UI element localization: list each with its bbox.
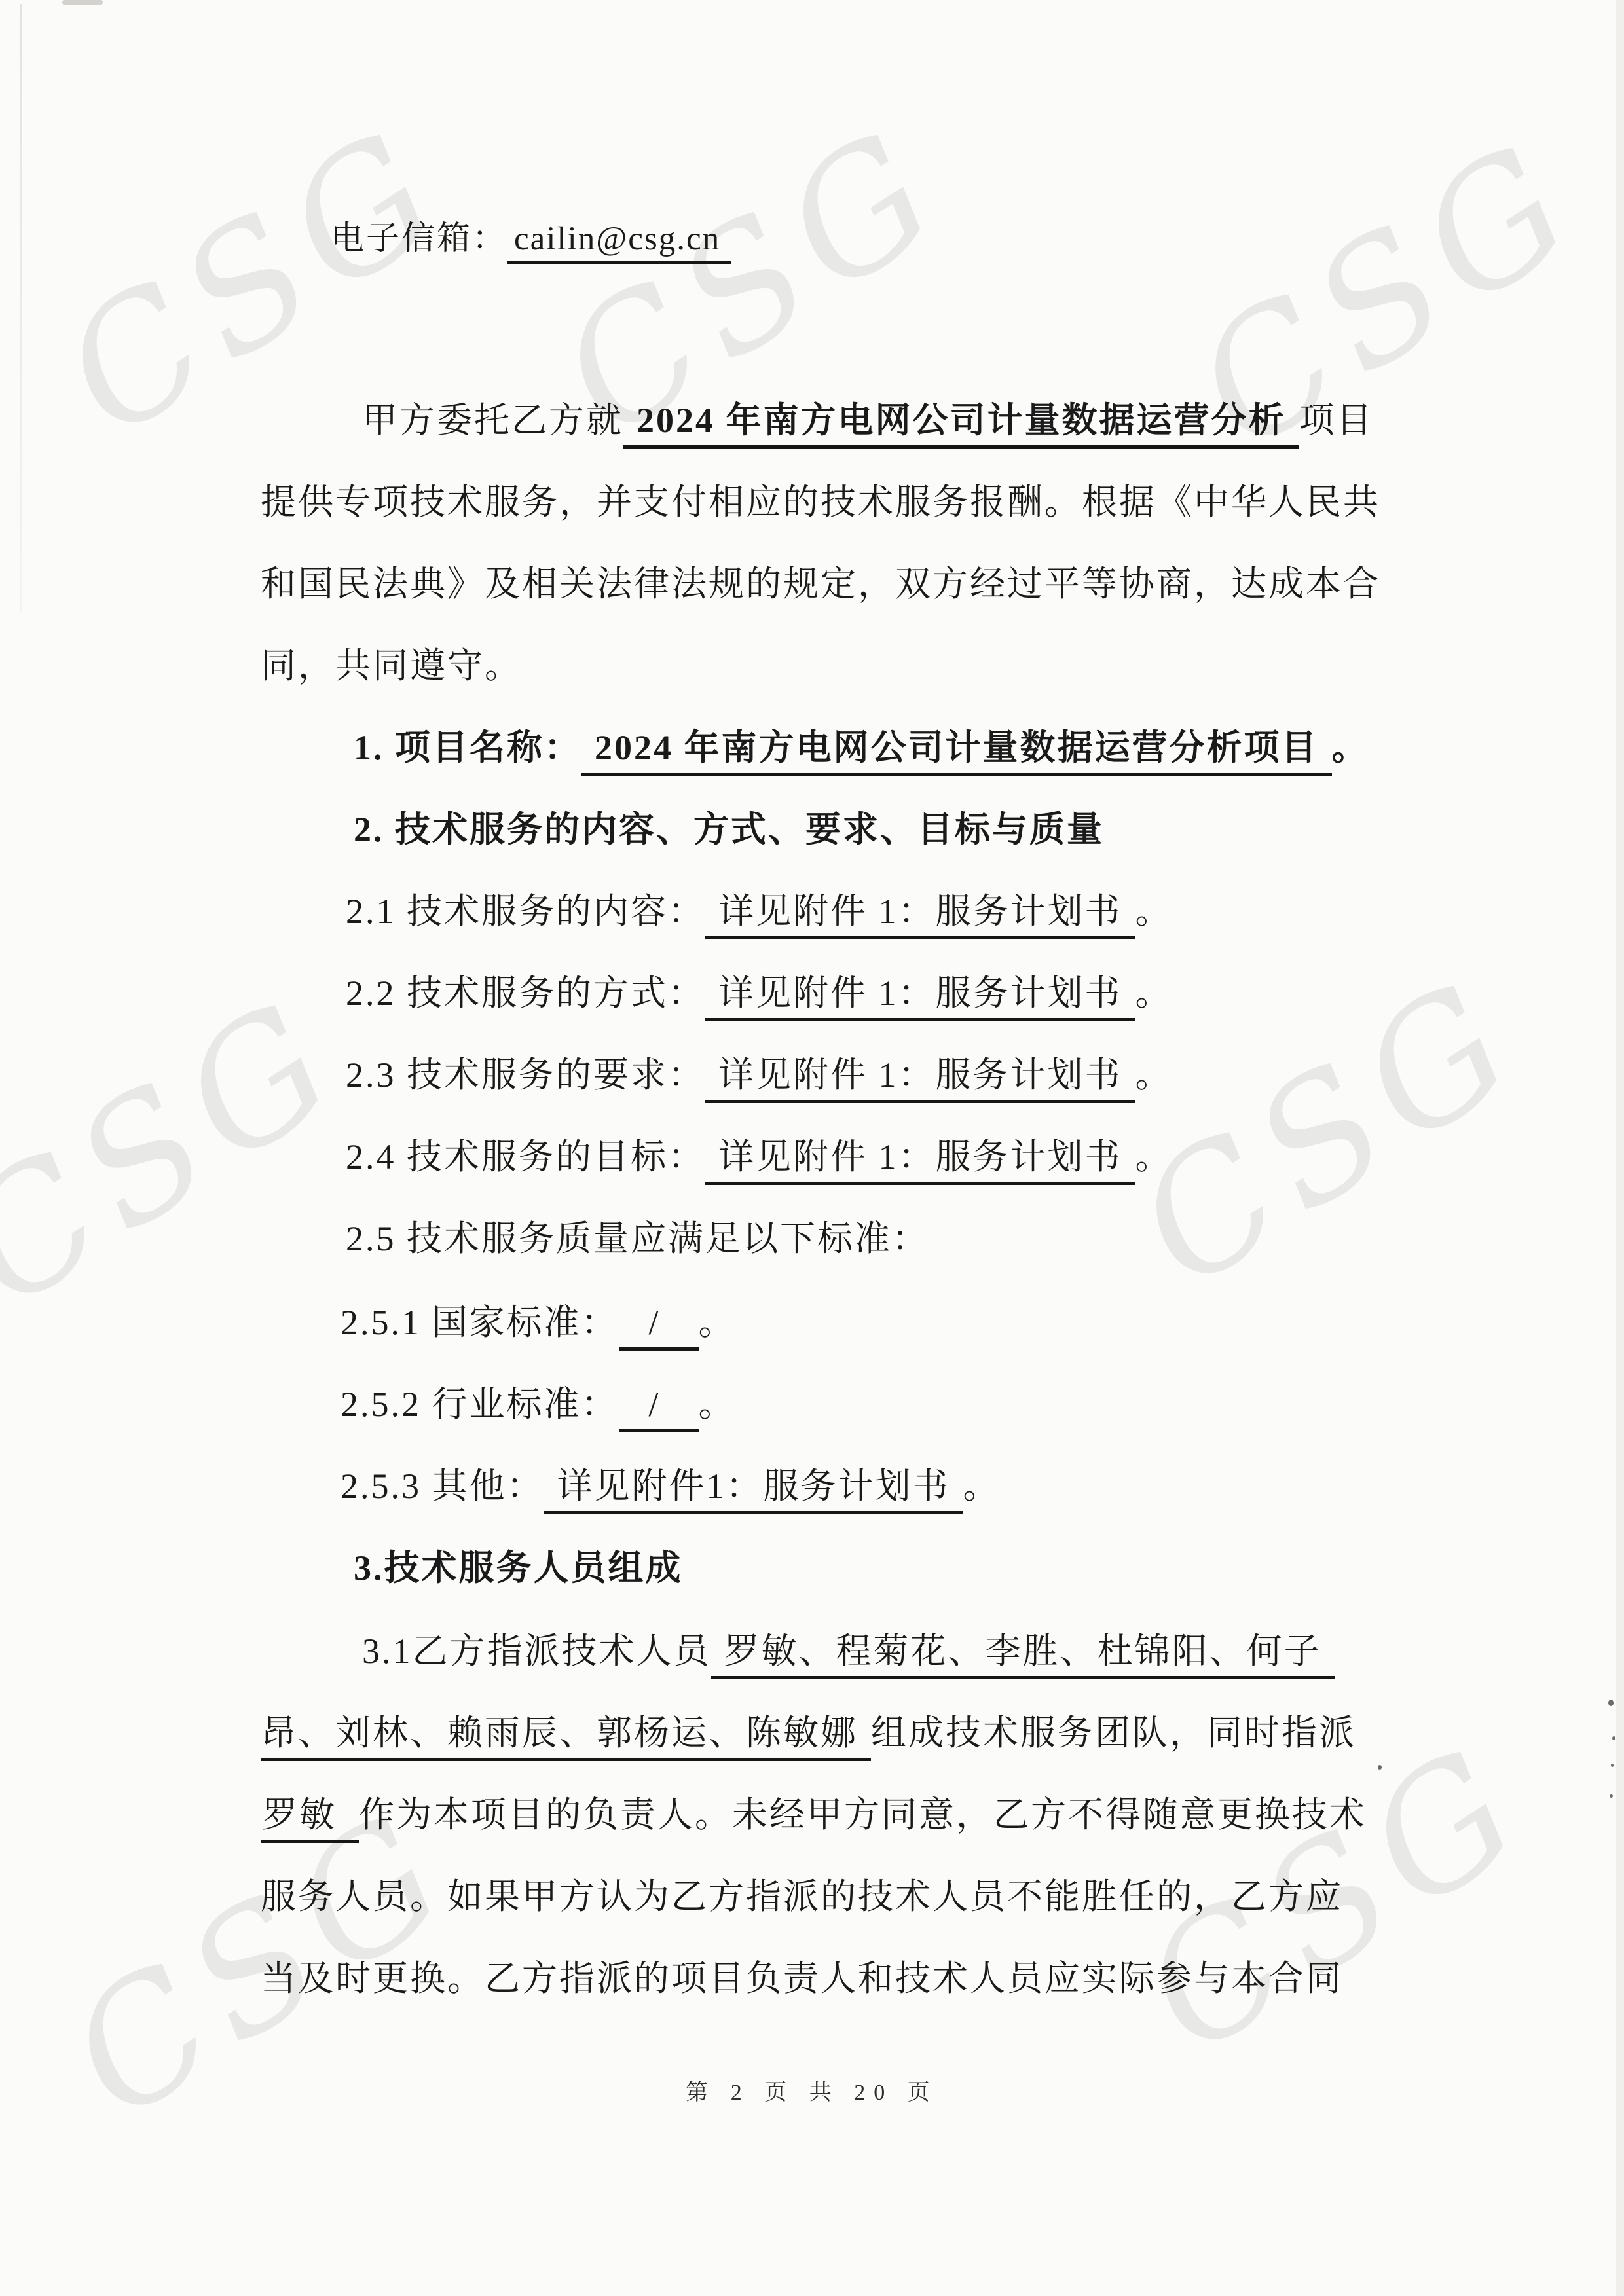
attachment-ref-fill: 详见附件 1：服务计划书 (705, 1137, 1135, 1185)
email-line: 电子信箱：cailin@csg.cn (331, 216, 731, 262)
intro-line-4: 同，共同遵守。 (261, 643, 522, 689)
clause-end: 。 (1332, 728, 1369, 767)
slash-fill: / (619, 1303, 699, 1351)
clause-end: 。 (1135, 974, 1173, 1013)
scan-speck (1378, 1765, 1382, 1770)
clause-3-1-line-5: 当及时更换。乙方指派的项目负责人和技术人员应实际参与本合同 (261, 1956, 1343, 2001)
clause-label: 2.4 技术服务的目标： (346, 1137, 705, 1176)
clause-2-5-2: 2.5.2 行业标准：/。 (341, 1381, 736, 1427)
clause-label: 2.5.3 其他： (341, 1467, 544, 1506)
clause-2-2: 2.2 技术服务的方式：详见附件 1：服务计划书。 (346, 970, 1173, 1016)
attachment-ref-fill: 详见附件1：服务计划书 (544, 1467, 963, 1514)
intro-line-2: 提供专项技术服务，并支付相应的技术服务报酬。根据《中华人民共 (261, 479, 1380, 525)
personnel-names-fill: 罗敏、程菊花、李胜、杜锦阳、何子 (711, 1631, 1335, 1679)
csg-watermark: CSG (0, 960, 375, 1344)
project-leader-fill: 罗敏 (261, 1795, 359, 1843)
clause-2-5-3: 2.5.3 其他：详见附件1：服务计划书。 (341, 1463, 1001, 1509)
clause-end: 。 (963, 1467, 1001, 1506)
clause-2-heading: 2. 技术服务的内容、方式、要求、目标与质量 (354, 807, 1104, 852)
scan-edge-artifact (20, 4, 22, 613)
clause-label: 2.5.1 国家标准： (341, 1303, 619, 1342)
attachment-ref-fill: 详见附件 1：服务计划书 (705, 974, 1135, 1021)
email-label: 电子信箱： (331, 221, 507, 257)
clause-text: 作为本项目的负责人。未经甲方同意，乙方不得随意更换技术 (359, 1795, 1367, 1834)
personnel-names-fill: 昂、刘林、赖雨辰、郭杨运、陈敏娜 (261, 1713, 871, 1761)
clause-label: 2.3 技术服务的要求： (346, 1055, 705, 1095)
intro-text: 项目 (1299, 401, 1374, 440)
clause-3-1-line-4: 服务人员。如果甲方认为乙方指派的技术人员不能胜任的，乙方应 (261, 1874, 1343, 1920)
clause-text: 组成技术服务团队，同时指派 (871, 1713, 1356, 1753)
clause-label: 2.5.2 行业标准： (341, 1385, 619, 1424)
clause-2-3: 2.3 技术服务的要求：详见附件 1：服务计划书。 (346, 1052, 1173, 1098)
clause-label: 3.1乙方指派技术人员 (362, 1631, 711, 1671)
project-name-fill: 2024 年南方电网公司计量数据运营分析 (623, 401, 1299, 449)
clause-3-1-line-1: 3.1乙方指派技术人员罗敏、程菊花、李胜、杜锦阳、何子 (362, 1628, 1335, 1674)
clause-label: 2.1 技术服务的内容： (346, 892, 705, 931)
clause-3-1-line-2: 昂、刘林、赖雨辰、郭杨运、陈敏娜组成技术服务团队，同时指派 (261, 1710, 1356, 1756)
clause-3-1-line-3: 罗敏作为本项目的负责人。未经甲方同意，乙方不得随意更换技术 (261, 1792, 1367, 1838)
page-number-footer: 第 2 页 共 20 页 (0, 2074, 1624, 2106)
intro-text: 甲方委托乙方就 (362, 401, 623, 440)
intro-line-3: 和国民法典》及相关法律法规的规定，双方经过平等协商，达成本合 (261, 561, 1380, 607)
intro-line-1: 甲方委托乙方就2024 年南方电网公司计量数据运营分析项目 (362, 397, 1374, 443)
clause-2-4: 2.4 技术服务的目标：详见附件 1：服务计划书。 (346, 1134, 1173, 1180)
clause-end: 。 (699, 1303, 736, 1342)
clause-label: 1. 项目名称： (354, 728, 581, 767)
clause-end: 。 (1135, 1055, 1173, 1095)
clause-1-project-name: 1. 项目名称：2024 年南方电网公司计量数据运营分析项目。 (354, 725, 1369, 771)
attachment-ref-fill: 详见附件 1：服务计划书 (705, 892, 1135, 939)
scan-speck (1608, 1700, 1614, 1706)
scan-edge-artifact (62, 0, 103, 5)
clause-end: 。 (699, 1385, 736, 1424)
clause-2-1: 2.1 技术服务的内容：详见附件 1：服务计划书。 (346, 888, 1173, 934)
slash-fill: / (619, 1385, 699, 1432)
clause-end: 。 (1135, 1137, 1173, 1176)
clause-2-5: 2.5 技术服务质量应满足以下标准： (346, 1216, 929, 1262)
scanned-contract-page: CSG CSG CSG CSG CSG CSG CSG 电子信箱：cailin@… (0, 0, 1624, 2296)
attachment-ref-fill: 详见附件 1：服务计划书 (705, 1055, 1135, 1103)
scan-speck (1612, 1736, 1615, 1740)
clause-2-5-1: 2.5.1 国家标准：/。 (341, 1300, 736, 1345)
clause-3-heading: 3.技术服务人员组成 (354, 1545, 683, 1591)
scan-edge-artifact (1616, 0, 1624, 2296)
scan-speck (1611, 1764, 1614, 1767)
scan-speck (1610, 1794, 1613, 1798)
email-value: cailin@csg.cn (507, 221, 731, 264)
project-name-fill: 2024 年南方电网公司计量数据运营分析项目 (581, 728, 1332, 776)
clause-label: 2.2 技术服务的方式： (346, 974, 705, 1013)
clause-end: 。 (1135, 892, 1173, 931)
